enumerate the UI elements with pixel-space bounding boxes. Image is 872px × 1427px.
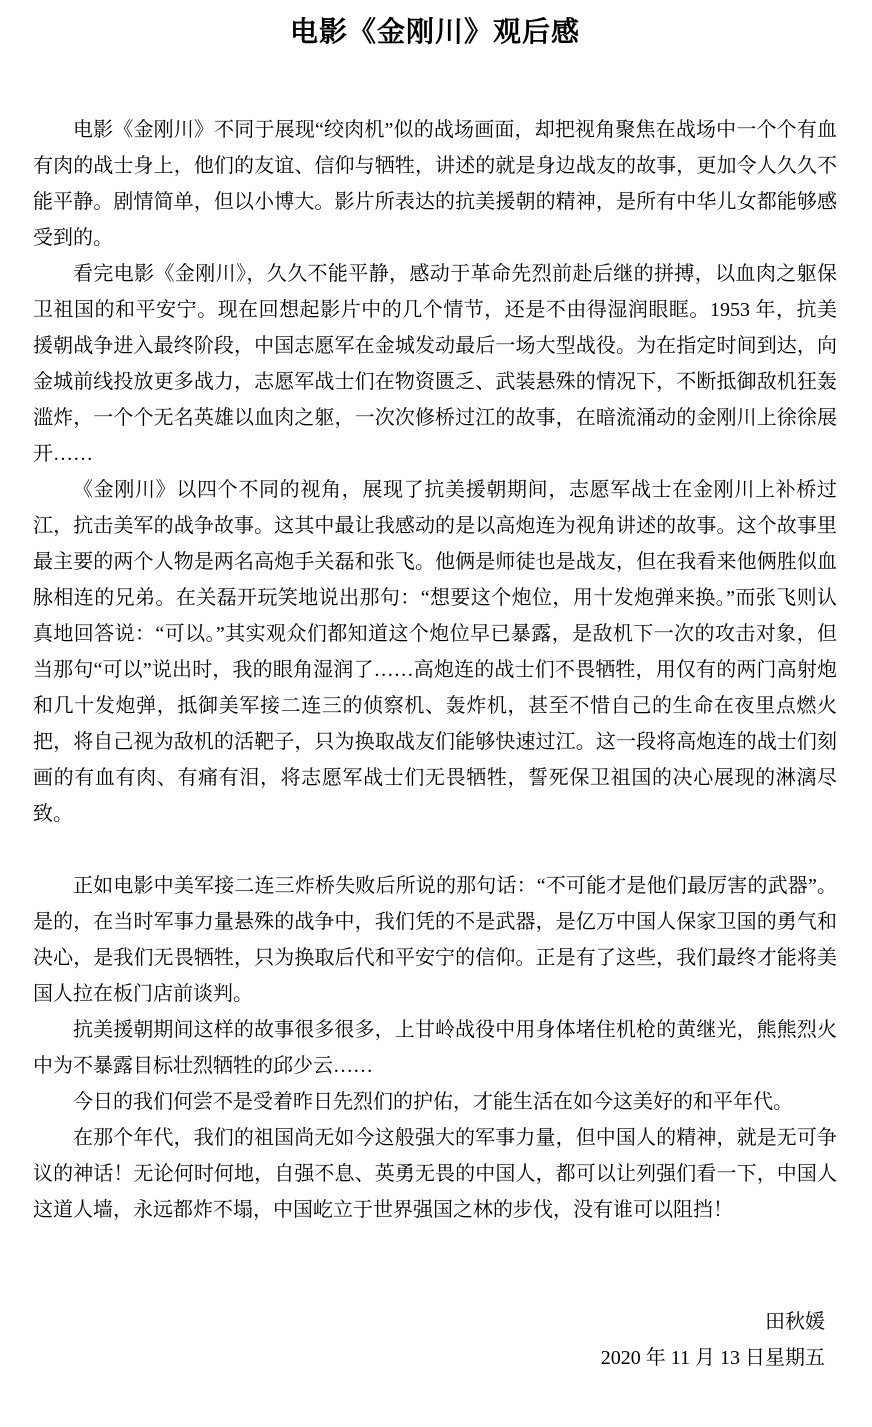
essay-paragraph-1: 电影《金刚川》不同于展现“绞肉机”似的战场画面，却把视角聚焦在战场中一个个有血有… — [33, 112, 837, 256]
document-title: 电影《金刚川》观后感 — [33, 10, 837, 56]
essay-paragraph-2: 看完电影《金刚川》，久久不能平静，感动于革命先烈前赴后继的拼搏，以血肉之躯保卫祖… — [33, 256, 837, 472]
essay-paragraph-3: 《金刚川》以四个不同的视角，展现了抗美援朝期间，志愿军战士在金刚川上补桥过江，抗… — [33, 472, 837, 832]
document-page: 电影《金刚川》观后感 电影《金刚川》不同于展现“绞肉机”似的战场画面，却把视角聚… — [0, 0, 872, 1427]
signature-block: 田秋媛 2020 年 11 月 13 日星期五 — [33, 1304, 837, 1376]
essay-paragraph-6: 今日的我们何尝不是受着昨日先烈们的护佑，才能生活在如今这美好的和平年代。 — [33, 1084, 837, 1120]
signature-date: 2020 年 11 月 13 日星期五 — [33, 1340, 825, 1376]
essay-paragraph-5: 抗美援朝期间这样的故事很多很多，上甘岭战役中用身体堵住机枪的黄继光，熊熊烈火中为… — [33, 1012, 837, 1084]
essay-paragraph-7: 在那个年代，我们的祖国尚无如今这般强大的军事力量，但中国人的精神，就是无可争议的… — [33, 1120, 837, 1228]
essay-paragraph-4: 正如电影中美军接二连三炸桥失败后所说的那句话：“不可能才是他们最厉害的武器”。是… — [33, 868, 837, 1012]
blank-line — [33, 832, 837, 868]
essay-body: 电影《金刚川》不同于展现“绞肉机”似的战场画面，却把视角聚焦在战场中一个个有血有… — [33, 112, 837, 1228]
signature-author: 田秋媛 — [33, 1304, 825, 1340]
